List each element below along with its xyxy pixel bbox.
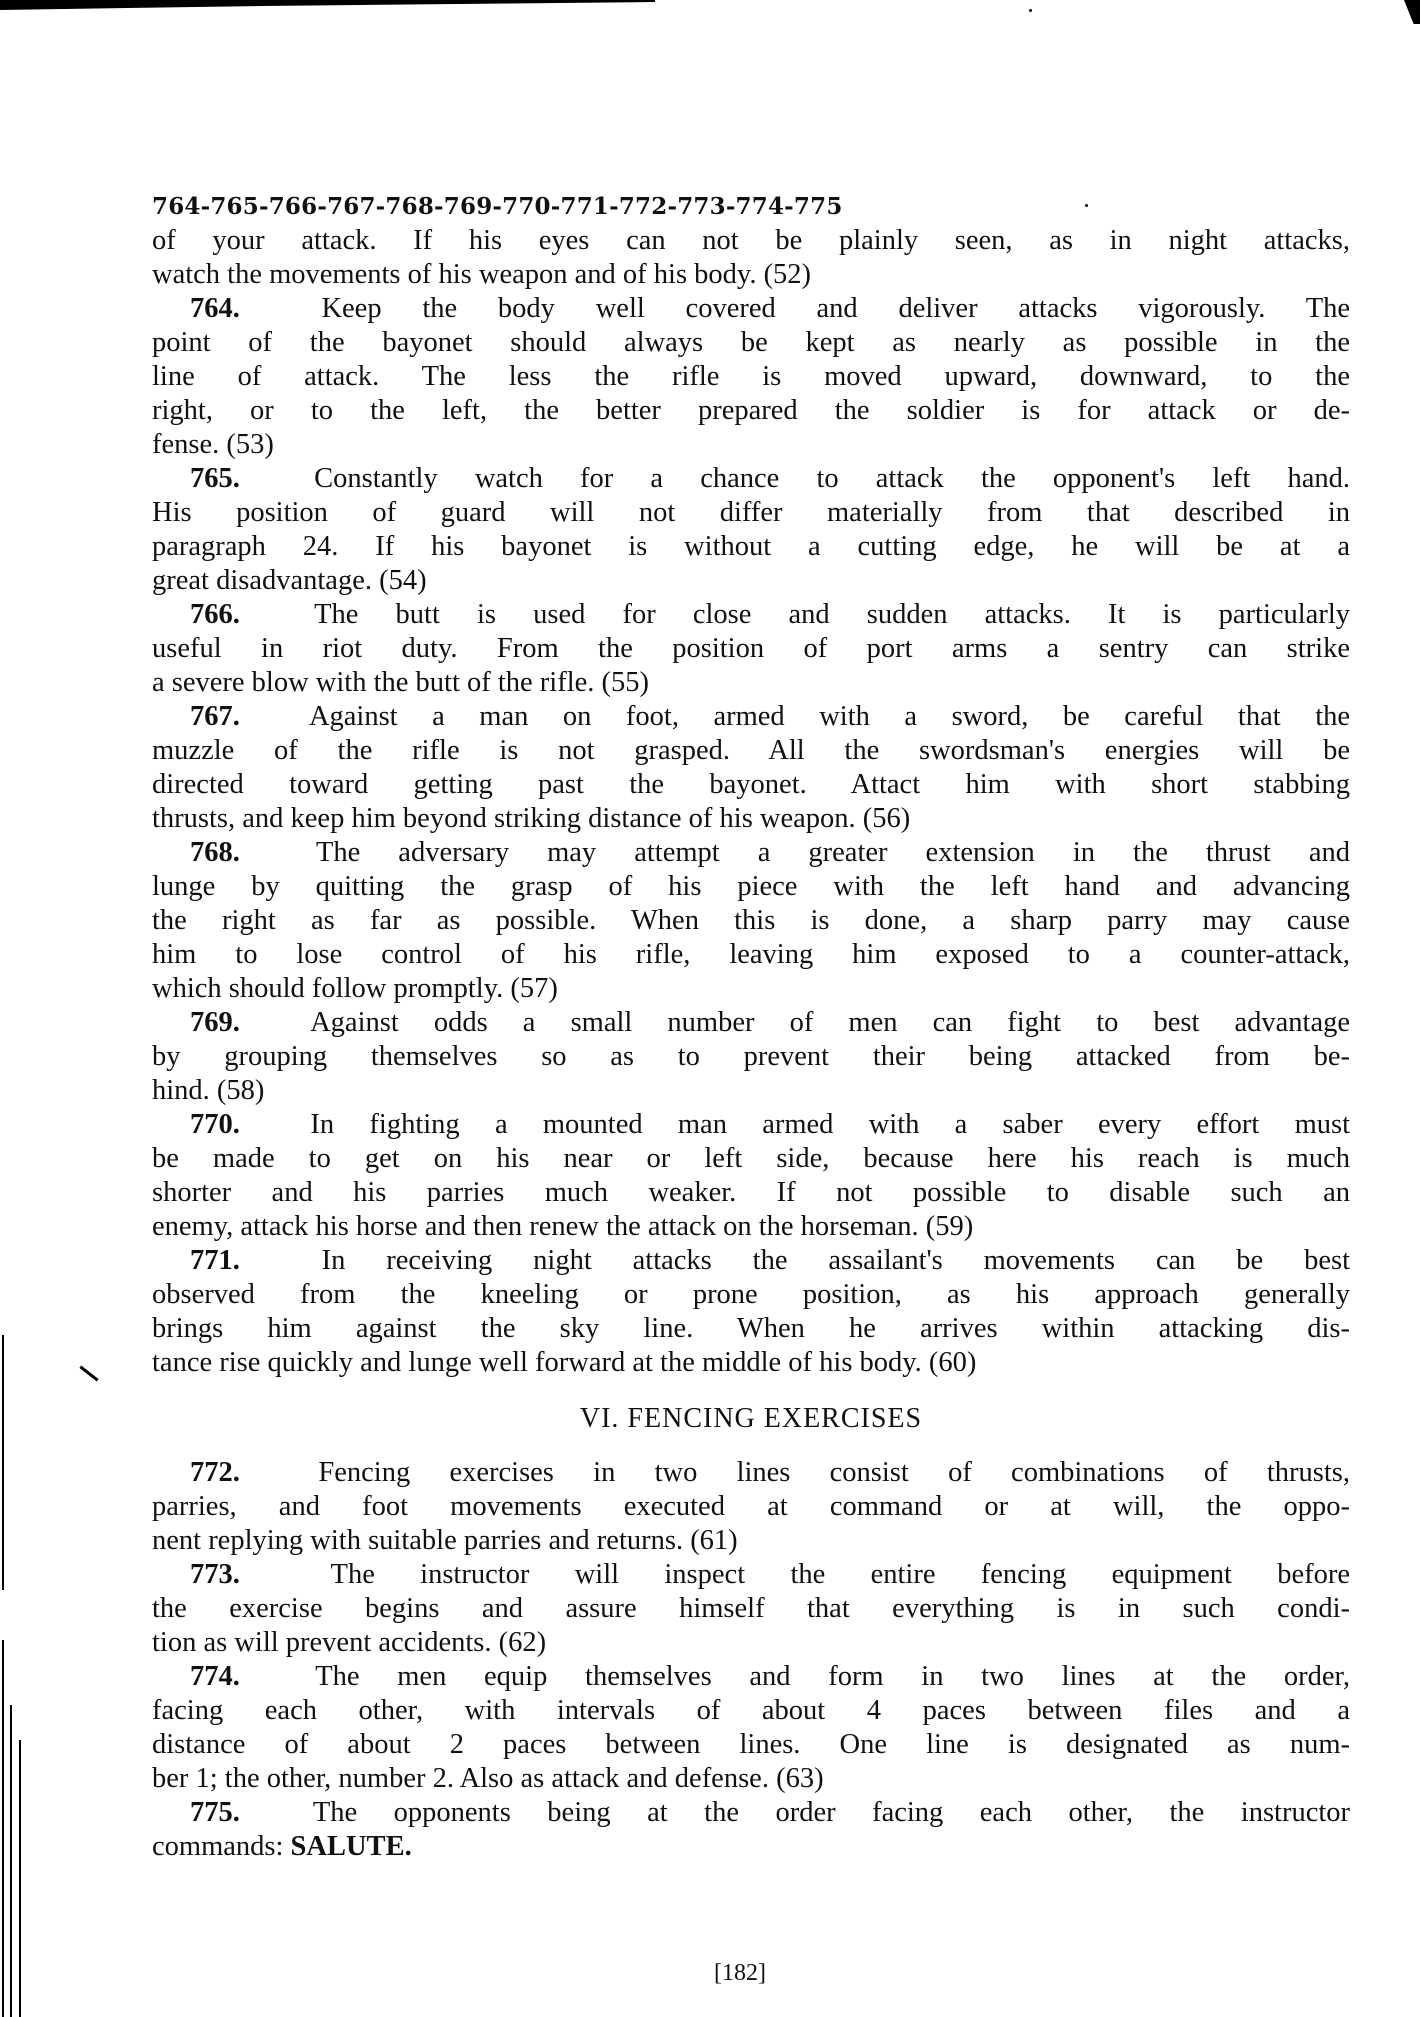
paragraph-number: 769.: [190, 1007, 310, 1038]
text-line: parries, and foot movements executed at …: [152, 1490, 1350, 1524]
text-line: watch the movements of his weapon and of…: [152, 258, 1350, 292]
text-line: line of attack. The less the rifle is mo…: [152, 360, 1350, 394]
line-text: be made to get on his near or left side,…: [152, 1143, 1350, 1174]
line-text: directed toward getting past the bayonet…: [152, 769, 1350, 800]
line-text: The adversary may attempt a greater exte…: [316, 837, 1350, 868]
text-line: 772. Fencing exercises in two lines cons…: [152, 1456, 1350, 1490]
paragraph-number: 764.: [190, 293, 321, 324]
line-text: facing each other, with intervals of abo…: [152, 1695, 1350, 1726]
paragraph-number: 774.: [190, 1661, 315, 1692]
text-line: facing each other, with intervals of abo…: [152, 1694, 1350, 1728]
line-text: In fighting a mounted man armed with a s…: [310, 1109, 1350, 1140]
text-line: 766. The butt is used for close and sudd…: [152, 598, 1350, 632]
text-line: ber 1; the other, number 2. Also as atta…: [152, 1762, 1350, 1796]
line-text: great disadvantage. (54): [152, 565, 427, 596]
text-line: shorter and his parries much weaker. If …: [152, 1176, 1350, 1210]
margin-mark: [79, 1366, 98, 1382]
line-text: right, or to the left, the better prepar…: [152, 395, 1350, 426]
paragraph-number: 771.: [190, 1245, 322, 1276]
line-text: distance of about 2 paces between lines.…: [152, 1729, 1350, 1760]
paragraph-number: 770.: [190, 1109, 310, 1140]
text-line: muzzle of the rifle is not grasped. All …: [152, 734, 1350, 768]
paragraph-number: 766.: [190, 599, 314, 630]
text-line: 768. The adversary may attempt a greater…: [152, 836, 1350, 870]
line-text: enemy, attack his horse and then renew t…: [152, 1211, 973, 1242]
scan-speck: [1029, 9, 1032, 12]
text-line: observed from the kneeling or prone posi…: [152, 1278, 1350, 1312]
text-line: commands: SALUTE.: [152, 1830, 1350, 1864]
text-line: 765. Constantly watch for a chance to at…: [152, 462, 1350, 496]
text-line: great disadvantage. (54): [152, 564, 1350, 598]
line-text: Keep the body well covered and deliver a…: [321, 293, 1350, 324]
line-text: Constantly watch for a chance to attack …: [314, 463, 1350, 494]
line-text: him to lose control of his rifle, leavin…: [152, 939, 1350, 970]
line-text: Against a man on foot, armed with a swor…: [309, 701, 1350, 732]
text-line: which should follow promptly. (57): [152, 972, 1350, 1006]
line-text: The opponents being at the order facing …: [313, 1797, 1350, 1828]
line-text: the exercise begins and assure himself t…: [152, 1593, 1350, 1624]
line-text: by grouping themselves so as to prevent …: [152, 1041, 1350, 1072]
line-text: tion as will prevent accidents. (62): [152, 1627, 546, 1658]
text-line: 770. In fighting a mounted man armed wit…: [152, 1108, 1350, 1142]
line-text: observed from the kneeling or prone posi…: [152, 1279, 1350, 1310]
line-text: hind. (58): [152, 1075, 264, 1106]
text-line: 774. The men equip themselves and form i…: [152, 1660, 1350, 1694]
line-text: commands:: [152, 1831, 291, 1862]
text-line: fense. (53): [152, 428, 1350, 462]
text-line: useful in riot duty. From the position o…: [152, 632, 1350, 666]
document-page: 764-765-766-767-768-769-770-771-772-773-…: [152, 190, 1350, 1864]
line-text: a severe blow with the butt of the rifle…: [152, 667, 649, 698]
line-text: of your attack. If his eyes can not be p…: [152, 225, 1350, 256]
running-head: 764-765-766-767-768-769-770-771-772-773-…: [152, 190, 1350, 224]
text-line: brings him against the sky line. When he…: [152, 1312, 1350, 1346]
line-text: which should follow promptly. (57): [152, 973, 558, 1004]
line-text: shorter and his parries much weaker. If …: [152, 1177, 1350, 1208]
scan-edge-artifact: [0, 0, 655, 10]
text-line: of your attack. If his eyes can not be p…: [152, 224, 1350, 258]
line-text: muzzle of the rifle is not grasped. All …: [152, 735, 1350, 766]
text-line: 775. The opponents being at the order fa…: [152, 1796, 1350, 1830]
text-line: right, or to the left, the better prepar…: [152, 394, 1350, 428]
paragraph-number: 775.: [190, 1797, 313, 1828]
text-line: the right as far as possible. When this …: [152, 904, 1350, 938]
paragraph-number: 767.: [190, 701, 309, 732]
text-line: 771. In receiving night attacks the assa…: [152, 1244, 1350, 1278]
line-text: His position of guard will not differ ma…: [152, 497, 1350, 528]
line-text: ber 1; the other, number 2. Also as atta…: [152, 1763, 824, 1794]
line-text: brings him against the sky line. When he…: [152, 1313, 1350, 1344]
text-line: distance of about 2 paces between lines.…: [152, 1728, 1350, 1762]
text-line: a severe blow with the butt of the rifle…: [152, 666, 1350, 700]
text-line: tion as will prevent accidents. (62): [152, 1626, 1350, 1660]
line-text: point of the bayonet should always be ke…: [152, 327, 1350, 358]
line-text: line of attack. The less the rifle is mo…: [152, 361, 1350, 392]
paragraph-number: 772.: [190, 1457, 318, 1488]
text-line: by grouping themselves so as to prevent …: [152, 1040, 1350, 1074]
text-line: 764. Keep the body well covered and deli…: [152, 292, 1350, 326]
line-text: Against odds a small number of men can f…: [310, 1007, 1350, 1038]
line-text: Fencing exercises in two lines consist o…: [318, 1457, 1350, 1488]
paragraph-number: 773.: [190, 1559, 331, 1590]
text-line: 767. Against a man on foot, armed with a…: [152, 700, 1350, 734]
text-line: directed toward getting past the bayonet…: [152, 768, 1350, 802]
command-word: SALUTE.: [291, 1831, 412, 1862]
text-line: paragraph 24. If his bayonet is without …: [152, 530, 1350, 564]
page-number: [182]: [0, 1960, 1420, 1987]
text-line: lunge by quitting the grasp of his piece…: [152, 870, 1350, 904]
text-line: 773. The instructor will inspect the ent…: [152, 1558, 1350, 1592]
text-line: tance rise quickly and lunge well forwar…: [152, 1346, 1350, 1380]
text-line: nent replying with suitable parries and …: [152, 1524, 1350, 1558]
line-text: nent replying with suitable parries and …: [152, 1525, 738, 1556]
paragraph-number: 765.: [190, 463, 314, 494]
text-line: the exercise begins and assure himself t…: [152, 1592, 1350, 1626]
line-text: fense. (53): [152, 429, 274, 460]
text-line: hind. (58): [152, 1074, 1350, 1108]
margin-scan-line: [2, 1335, 4, 1590]
text-line: 769. Against odds a small number of men …: [152, 1006, 1350, 1040]
text-line: His position of guard will not differ ma…: [152, 496, 1350, 530]
line-text: the right as far as possible. When this …: [152, 905, 1350, 936]
line-text: The men equip themselves and form in two…: [315, 1661, 1350, 1692]
text-line: point of the bayonet should always be ke…: [152, 326, 1350, 360]
text-line: him to lose control of his rifle, leavin…: [152, 938, 1350, 972]
text-line: thrusts, and keep him beyond striking di…: [152, 802, 1350, 836]
line-text: lunge by quitting the grasp of his piece…: [152, 871, 1350, 902]
text-line: enemy, attack his horse and then renew t…: [152, 1210, 1350, 1244]
scan-corner-artifact: [1404, 0, 1420, 24]
line-text: The instructor will inspect the entire f…: [331, 1559, 1350, 1590]
line-text: thrusts, and keep him beyond striking di…: [152, 803, 910, 834]
page-body: of your attack. If his eyes can not be p…: [152, 224, 1350, 1864]
line-text: In receiving night attacks the assailant…: [322, 1245, 1350, 1276]
paragraph-number: 768.: [190, 837, 316, 868]
line-text: paragraph 24. If his bayonet is without …: [152, 531, 1350, 562]
line-text: watch the movements of his weapon and of…: [152, 259, 811, 290]
section-heading: VI. FENCING EXERCISES: [152, 1402, 1350, 1436]
line-text: The butt is used for close and sudden at…: [314, 599, 1350, 630]
line-text: parries, and foot movements executed at …: [152, 1491, 1350, 1522]
line-text: tance rise quickly and lunge well forwar…: [152, 1347, 976, 1378]
text-line: be made to get on his near or left side,…: [152, 1142, 1350, 1176]
line-text: useful in riot duty. From the position o…: [152, 633, 1350, 664]
